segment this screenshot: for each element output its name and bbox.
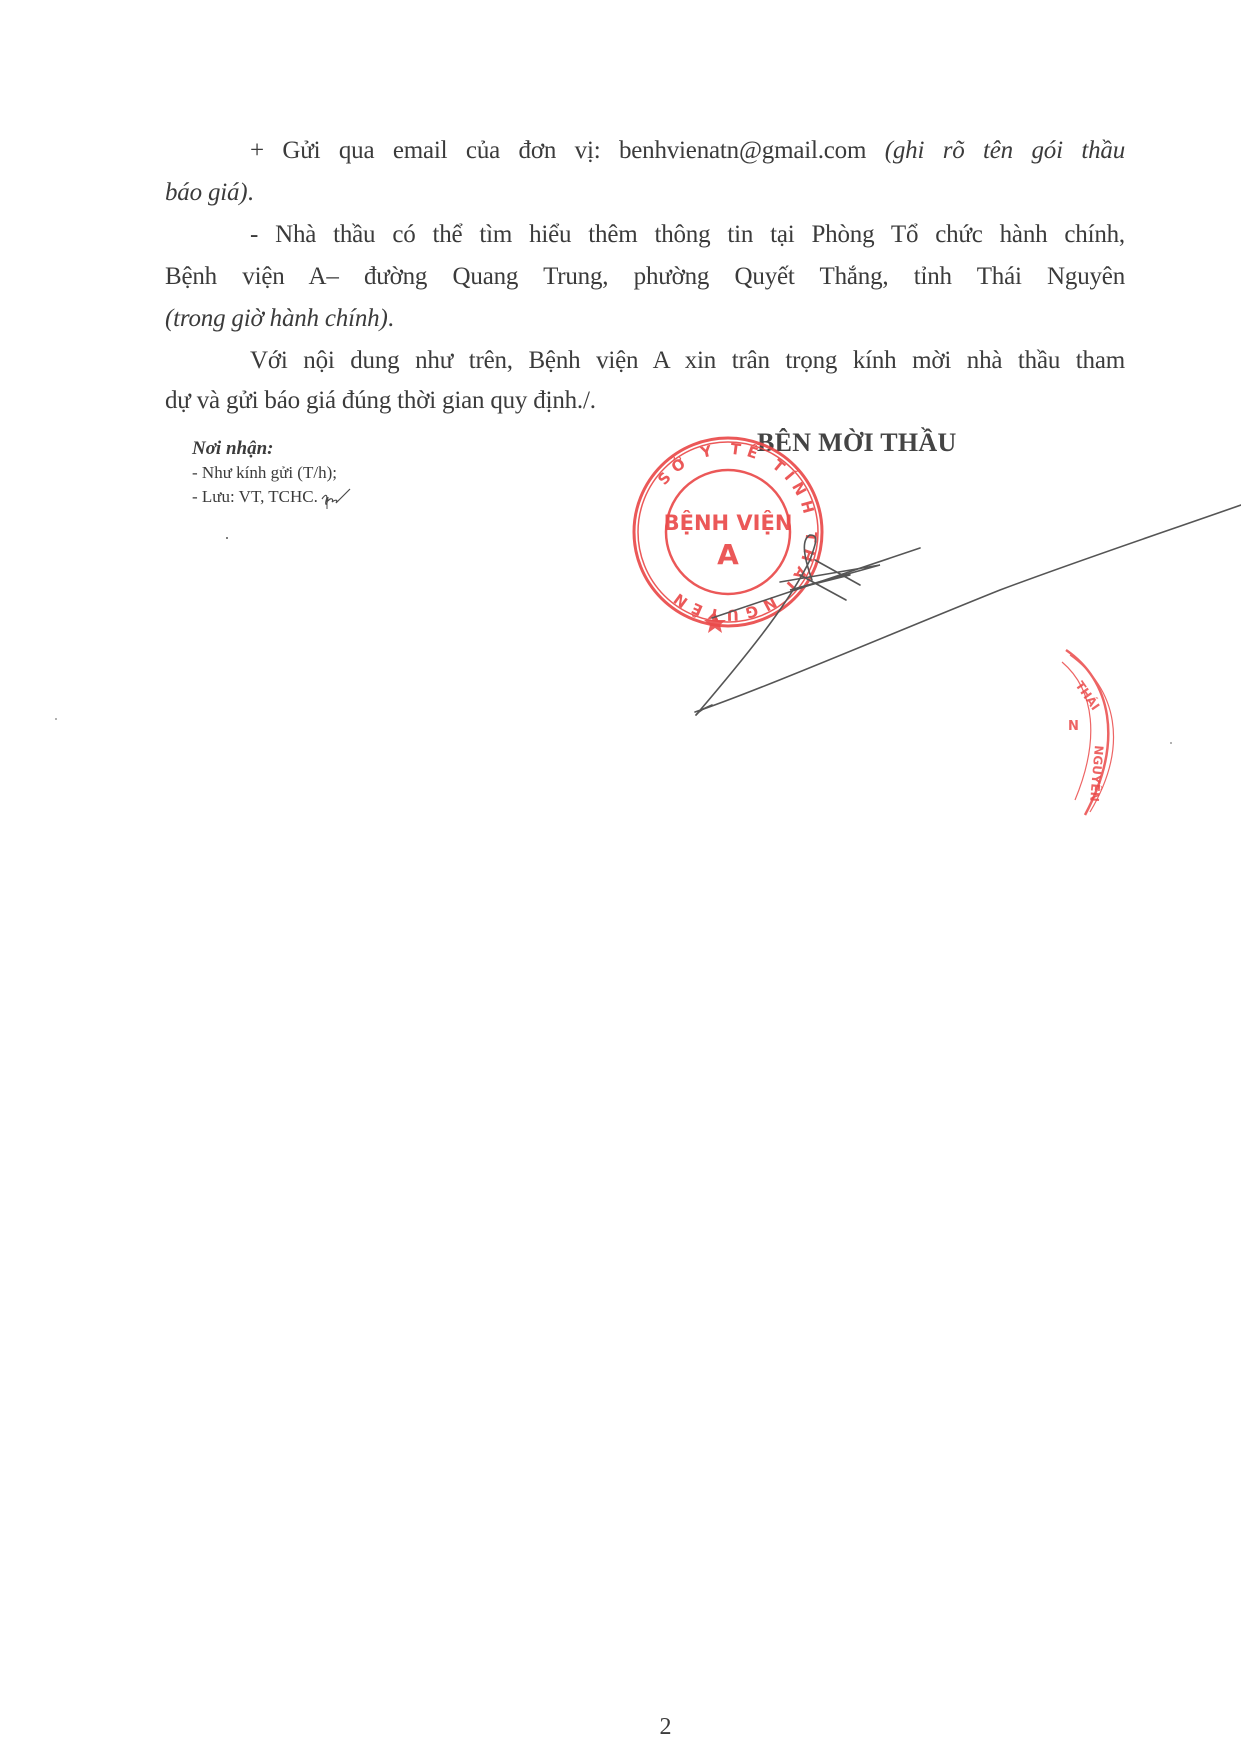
- recipient-item: - Như kính gửi (T/h);: [192, 461, 352, 485]
- closing-line-1: Với nội dung như trên, Bệnh viện A xin t…: [165, 340, 1125, 382]
- signer-title: BÊN MỜI THẦU: [757, 428, 957, 458]
- email-line-note-cont: báo giá): [165, 179, 247, 206]
- seal-star-icon: [704, 612, 726, 633]
- edge-seal-mark: N: [1068, 719, 1079, 734]
- edge-seal: [1062, 650, 1113, 815]
- speck: [226, 537, 228, 539]
- edge-seal-text-1: THÁI: [1073, 678, 1104, 713]
- edge-seal-text-2: NGUYÊN: [1087, 745, 1107, 803]
- seal-center-line-2: A: [717, 538, 739, 571]
- email-line: + Gửi qua email của đơn vị: benhvienatn@…: [165, 130, 1125, 172]
- signature: [695, 505, 1241, 715]
- info-line-3: (trong giờ hành chính).: [165, 298, 1125, 340]
- email-line-end: .: [247, 179, 253, 206]
- recipients-heading: Nơi nhận:: [192, 437, 352, 461]
- recipients-block: Nơi nhận: - Như kính gửi (T/h); - Lưu: V…: [192, 437, 352, 509]
- recipient-item-text: - Lưu: VT, TCHC.: [192, 487, 318, 506]
- speck: [55, 718, 57, 720]
- seal-center-line-1: BỆNH VIỆN: [664, 509, 793, 535]
- page-number: 2: [0, 1714, 1241, 1741]
- speck: [1170, 742, 1172, 744]
- info-line-1: - Nhà thầu có thể tìm hiểu thêm thông ti…: [165, 214, 1125, 256]
- seal-ring-text: SỞ Y TẾ TỈNH THÁI NGUYÊN: [654, 440, 820, 625]
- document-page: + Gửi qua email của đơn vị: benhvienatn@…: [0, 0, 1241, 1755]
- email-line-continuation: báo giá).: [165, 172, 1125, 214]
- official-seal: [634, 438, 822, 626]
- seal-center-text: BỆNH VIỆN A: [664, 509, 793, 571]
- seal-ring-letters: SỞ Y TẾ TỈNH THÁI NGUYÊN: [654, 440, 820, 625]
- office-hours-note: (trong giờ hành chính): [165, 305, 388, 332]
- edge-seal-text: THÁI NGUYÊN N: [1068, 678, 1107, 802]
- closing-line-2: dự và gửi báo giá đúng thời gian quy địn…: [165, 380, 1125, 422]
- email-line-note: (ghi rõ tên gói thầu: [885, 137, 1125, 164]
- initials-mark-icon: [318, 487, 352, 509]
- email-line-prefix: + Gửi qua email của đơn vị: benhvienatn@…: [250, 137, 885, 164]
- info-line-3-end: .: [388, 305, 394, 332]
- info-line-2: Bệnh viện A– đường Quang Trung, phường Q…: [165, 256, 1125, 298]
- recipient-item: - Lưu: VT, TCHC.: [192, 485, 352, 509]
